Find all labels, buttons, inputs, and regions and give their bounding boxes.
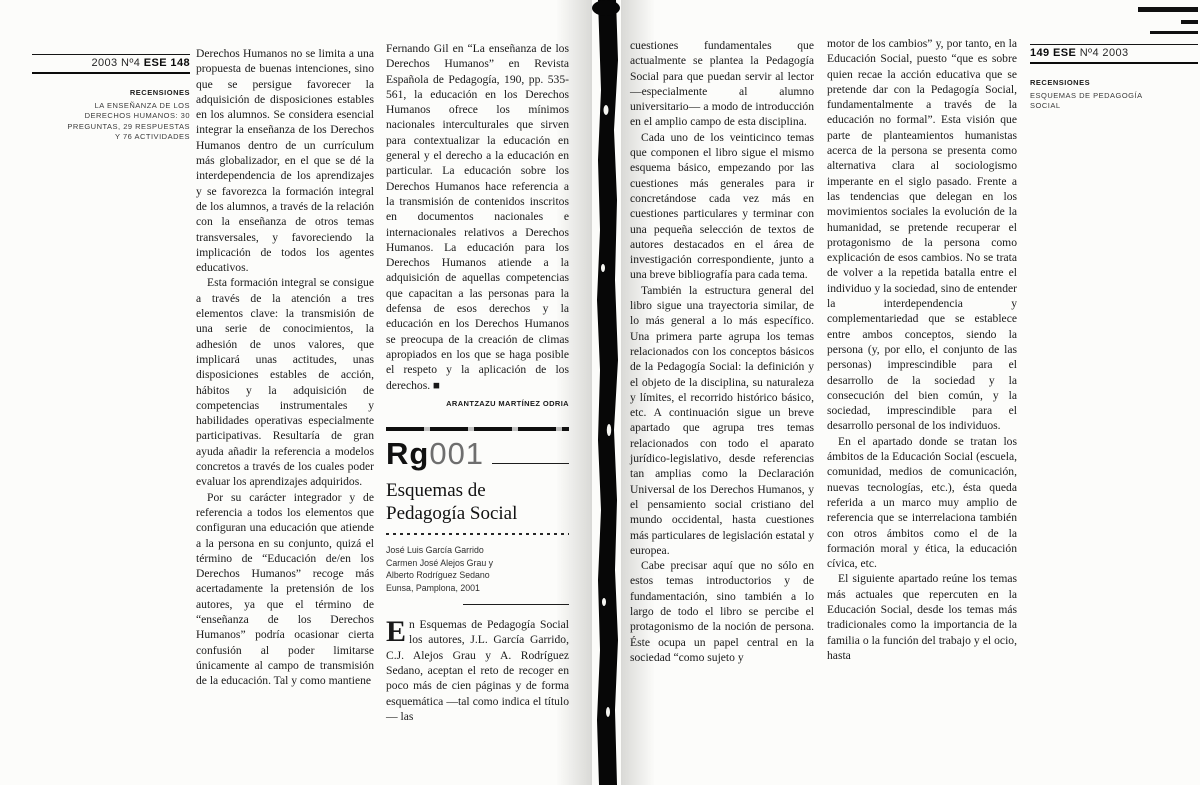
heading-dotted-rule: [386, 533, 569, 535]
right-running-header: 149 ESE Nº4 2003 RECENSIONES ESQUEMAS DE…: [1030, 44, 1198, 112]
left-page-column-2: Fernando Gil en “La enseñanza de los Der…: [386, 41, 569, 724]
right-page-column-1: cuestiones fundamentales que actualmente…: [630, 38, 814, 665]
paragraph: cuestiones fundamentales que actualmente…: [630, 38, 814, 130]
right-running-head: RECENSIONES ESQUEMAS DE PEDAGOGÍASOCIAL: [1030, 78, 1198, 112]
review-text-end: Fernando Gil en “La enseñanza de los Der…: [386, 41, 569, 411]
left-running-header: 2003 Nº4 ESE 148 RECENSIONES LA ENSEÑANZ…: [32, 54, 190, 143]
author-line: Alberto Rodríguez Sedano: [386, 569, 569, 582]
folio-issue: 2003 Nº4: [92, 57, 144, 69]
scanned-journal-spread: 2003 Nº4 ESE 148 RECENSIONES LA ENSEÑANZ…: [0, 0, 1200, 785]
reviewed-book-title: ESQUEMAS DE PEDAGOGÍASOCIAL: [1030, 91, 1198, 112]
left-folio: 2003 Nº4 ESE 148: [32, 57, 190, 69]
book-authors: José Luis García GarridoCarmen José Alej…: [386, 544, 569, 594]
paragraph: En Esquemas de Pedagogía Social los auto…: [386, 617, 569, 724]
crop-mark: [1138, 7, 1198, 12]
paragraph: Por su carácter integrador y de referenc…: [196, 490, 374, 689]
folio-page-number: 149 ESE: [1030, 47, 1080, 59]
review-text-start: En Esquemas de Pedagogía Social los auto…: [386, 617, 569, 724]
review-code-prefix: Rg: [386, 436, 429, 471]
crop-mark: [1181, 20, 1198, 24]
left-page-column-1: Derechos Humanos no se limita a una prop…: [196, 46, 374, 688]
running-head-line: ESQUEMAS DE PEDAGOGÍA: [1030, 91, 1198, 102]
book-title-line: Pedagogía Social: [386, 502, 569, 525]
binding-shadow-shape: [591, 0, 621, 785]
book-title-line: Esquemas de: [386, 479, 569, 502]
header-rule: [1030, 44, 1198, 45]
paragraph: Derechos Humanos no se limita a una prop…: [196, 46, 374, 275]
header-rule: [1030, 62, 1198, 64]
review-code-number: 001: [429, 436, 484, 471]
section-label: RECENSIONES: [32, 88, 190, 99]
page-curvature-shadow-left: [556, 0, 592, 785]
paragraph: Fernando Gil en “La enseñanza de los Der…: [386, 41, 569, 393]
paragraph: Cabe precisar aquí que no sólo en estos …: [630, 558, 814, 665]
folio-issue: Nº4 2003: [1080, 47, 1129, 59]
paragraph: Esta formación integral se consigue a tr…: [196, 275, 374, 489]
running-head-line: Y 76 ACTIVIDADES: [32, 132, 190, 143]
review-code: Rg001: [386, 439, 484, 469]
paragraph: Cada uno de los veinticinco temas que co…: [630, 130, 814, 283]
section-label: RECENSIONES: [1030, 78, 1198, 89]
author-line: Carmen José Alejos Grau y: [386, 557, 569, 570]
running-head-line: LA ENSEÑANZA DE LOS: [32, 101, 190, 112]
author-line: José Luis García Garrido: [386, 544, 569, 557]
header-rule: [32, 72, 190, 74]
running-head-line: PREGUNTAS, 29 RESPUESTAS: [32, 122, 190, 133]
drop-cap: E: [386, 617, 409, 644]
header-rule: [32, 54, 190, 55]
running-head-line: SOCIAL: [1030, 101, 1198, 112]
book-binding-strip: [591, 0, 621, 785]
paragraph: También la estructura general del libro …: [630, 283, 814, 558]
crop-mark: [1150, 31, 1198, 34]
right-page-column-2: motor de los cambios” y, por tanto, en l…: [827, 36, 1017, 663]
paragraph: ARANTZAZU MARTÍNEZ ODRIA: [386, 396, 569, 411]
paragraph: En el apartado donde se tratan los ámbit…: [827, 434, 1017, 572]
paragraph: El siguiente apartado reúne los temas má…: [827, 571, 1017, 663]
review-code-row: Rg001: [386, 439, 569, 469]
paragraph: motor de los cambios” y, por tanto, en l…: [827, 36, 1017, 434]
reviewed-book-title-main: Esquemas dePedagogía Social: [386, 479, 569, 525]
heading-top-bar: [386, 427, 569, 431]
author-line: Eunsa, Pamplona, 2001: [386, 582, 569, 595]
heading-end-rule: [463, 604, 569, 605]
left-running-head: RECENSIONES LA ENSEÑANZA DE LOSDERECHOS …: [32, 88, 190, 143]
review-heading-block: Rg001 Esquemas dePedagogía Social José L…: [386, 427, 569, 605]
folio-page-number: ESE 148: [144, 57, 190, 69]
reviewed-book-title: LA ENSEÑANZA DE LOSDERECHOS HUMANOS: 30P…: [32, 101, 190, 143]
right-folio: 149 ESE Nº4 2003: [1030, 47, 1198, 59]
running-head-line: DERECHOS HUMANOS: 30: [32, 111, 190, 122]
